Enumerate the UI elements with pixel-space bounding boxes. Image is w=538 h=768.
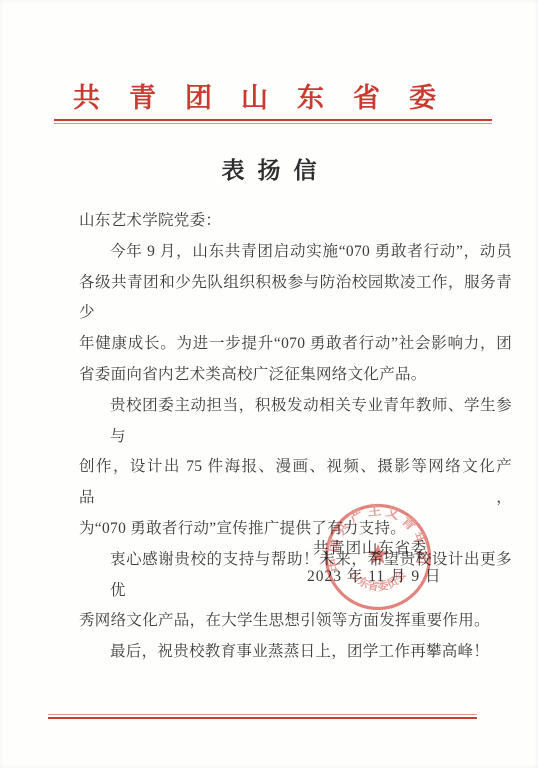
body-line: 山东艺术学院党委：: [79, 206, 512, 237]
letterhead-org-name: 共青团山东省委: [0, 76, 538, 115]
commendation-letter-page: 共青团山东省委 表扬信 山东艺术学院党委：今年 9 月，山东共青团启动实施“07…: [0, 0, 538, 768]
body-line: 省委面向省内艺术类高校广泛征集网络文化产品。: [79, 360, 512, 391]
body-line: 各级共青团和少先队组织积极参与防治校园欺凌工作，服务青少: [79, 268, 512, 330]
body-line: 贵校团委主动担当，积极发动相关专业青年教师、学生参与: [79, 391, 512, 453]
signature-org-name: 共青团山东省委: [313, 536, 427, 558]
body-line: 年健康成长。为进一步提升“070 勇敢者行动”社会影响力，团: [79, 329, 512, 360]
body-line: 创作，设计出 75 件海报、漫画、视频、摄影等网络文化产品，: [79, 452, 512, 514]
signature-date: 2023 年 11 月 9 日: [307, 564, 442, 586]
footer-rule-thin: [48, 714, 477, 715]
body-line: 今年 9 月，山东共青团启动实施“070 勇敢者行动”，动员: [79, 237, 512, 268]
body-line: 秀网络文化产品，在大学生思想引领等方面发挥重要作用。: [79, 606, 512, 637]
body-lines: 山东艺术学院党委：今年 9 月，山东共青团启动实施“070 勇敢者行动”，动员各…: [79, 206, 512, 668]
footer-rule-thick: [48, 717, 477, 719]
body-line: 最后，祝贵校教育事业蒸蒸日上，团学工作再攀高峰！: [79, 637, 512, 668]
body-line: 衷心感谢贵校的支持与帮助！未来，希望贵校设计出更多优: [79, 545, 512, 607]
header-rule-thick: [54, 119, 492, 121]
page-title: 表扬信: [0, 152, 538, 185]
body-line: 为“070 勇敢者行动”宣传推广提供了有力支持。: [79, 514, 512, 545]
header-rule-thin: [54, 123, 492, 124]
